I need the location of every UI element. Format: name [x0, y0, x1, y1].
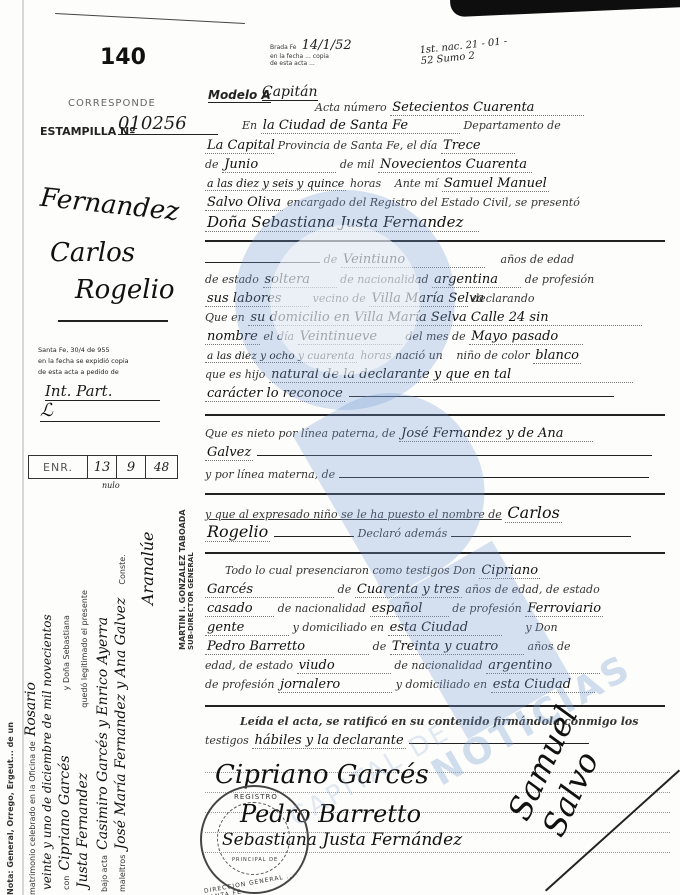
enr-note: nulo	[102, 481, 120, 490]
fecha-line: de Junio de mil Novecientos Cuarenta	[205, 157, 532, 173]
mes-nacimiento-value: Mayo pasado	[469, 329, 583, 345]
abuelos-paternos-line2: Galvez	[205, 445, 652, 460]
encargado-value: Salvo Oliva	[205, 195, 283, 211]
nombre-puesto-value2: Rogelio	[205, 522, 270, 542]
nacimiento-fecha-line: nombre el día Veintinueve del mes de May…	[205, 329, 583, 345]
testigo1-domicilio-line: gente y domiciliado en esta Ciudad y Don	[205, 620, 558, 636]
estado-value: soltera	[263, 272, 337, 288]
header-stamp-date: 14/1/52	[302, 38, 352, 53]
domicilio-value: su domicilio en Villa María Selva Calle …	[248, 310, 642, 326]
header-stamp: Brada Fe 14/1/52 en la fecha ... copia d…	[270, 34, 352, 67]
marriage-note-signature: Aranalúe	[138, 532, 157, 605]
testigo1-profesion2: gente	[205, 620, 289, 636]
testigo2-domicilio-line: de profesión jornalero y domiciliado en …	[205, 677, 595, 693]
departamento-value: La Capital	[205, 138, 274, 154]
anio-value: Novecientos Cuarenta	[378, 157, 532, 173]
nombre-puesto-value: Carlos	[505, 503, 561, 523]
blank-rule	[205, 493, 665, 495]
marriage-witnesses-2: José María Fernandez y Ana Galvez	[113, 598, 129, 850]
nombre-puesto-line: y que al expresado niño se le ha puesto …	[205, 503, 562, 522]
enr-month: 9	[117, 456, 146, 478]
acta-numero-line: Acta número Setecientos Cuarenta	[315, 100, 584, 116]
acta-numero-value: Setecientos Cuarenta	[390, 100, 584, 116]
mes-value: Junio	[222, 157, 336, 173]
vecino-line: sus labores vecino de Villa María Selva …	[205, 291, 535, 307]
testigo1-estado: casado	[205, 601, 274, 617]
abuelos-maternos-line: y por línea materna, de	[205, 467, 649, 481]
testigo1-domicilio: esta Ciudad	[388, 620, 502, 636]
margin-surname: Fernandez	[39, 183, 181, 227]
blank-rule	[205, 240, 665, 242]
folio-number: 140	[100, 45, 146, 70]
presento-line: Doña Sebastiana Justa Fernandez	[205, 213, 479, 232]
edad-value: Veintiuno	[341, 252, 485, 268]
margin-copy-note: Santa Fe, 30/4 de 955 en la fecha se exp…	[38, 345, 129, 378]
presento-value: Doña Sebastiana Justa Fernandez	[205, 213, 479, 232]
estado-line: de estado soltera de nacionalidad argent…	[205, 272, 594, 288]
vecino-value: Villa María Selva	[369, 291, 468, 307]
official-stamp: MARTIN I. GONZALEZ TABOADA SUB-DIRECTOR …	[178, 509, 195, 650]
provincia-line: La Capital Provincia de Santa Fe, el día…	[205, 138, 515, 154]
testigo1-name: Cipriano	[479, 563, 540, 579]
enr-year: 48	[146, 456, 177, 478]
nacionalidad-value: argentina	[432, 272, 521, 288]
scan-mark-line	[55, 13, 245, 24]
testigos-habiles-value: hábiles y la declarante	[252, 733, 405, 749]
corresponde-label: CORRESPONDE	[68, 98, 156, 109]
testigo2-estado: viudo	[297, 658, 391, 674]
margin-rule	[58, 320, 168, 322]
caracter-value: carácter lo reconoce	[205, 386, 345, 402]
testigo2-edad-line: Pedro Barretto de Treinta y cuatro años …	[205, 639, 571, 655]
abuelos-paternos-value: José Fernandez y de Ana	[399, 426, 593, 442]
lugar-line: En la Ciudad de Santa Fe Departamento de	[242, 118, 561, 134]
color-value: blanco	[533, 348, 581, 364]
blank-rule	[205, 414, 665, 416]
testigo1-edad-line: Garcés de Cuarenta y tres años de edad, …	[205, 582, 600, 598]
margin-first-name: Carlos	[50, 238, 135, 268]
hora-value: a las diez y seis y quince	[205, 177, 346, 191]
abuelos-paternos-line: Que es nieto por línea paterna, de José …	[205, 426, 593, 442]
marriage-witnesses-1: Casimiro Garcés y Enrico Ayerra	[95, 617, 111, 850]
registry-seal: REGISTRO PRINCIPAL DE DIRECCION GENERAL …	[200, 785, 309, 894]
estampilla-number: 010256	[118, 113, 218, 135]
testigo2-estado-line: edad, de estado viudo de nacionalidad ar…	[205, 658, 600, 674]
enr-day: 13	[88, 456, 117, 478]
testigo1-profesion: Ferroviario	[525, 601, 603, 617]
domicilio-line: Que en su domicilio en Villa María Selva…	[205, 310, 642, 326]
ante-mi-value: Samuel Manuel	[442, 176, 549, 192]
testigo1-estado-line: casado de nacionalidad español de profes…	[205, 601, 603, 617]
modelo-value: Capitán	[262, 84, 318, 101]
marriage-husband: Cipriano Garcés	[57, 755, 73, 870]
testigo1-edad: Cuarenta y tres	[355, 582, 462, 598]
blank-rule	[205, 552, 665, 554]
marriage-legitimation-note: Nota: General, Orrego, Ergeut... de un	[6, 722, 15, 895]
lugar-value: la Ciudad de Santa Fe	[261, 118, 460, 134]
declaro-line: Rogelio Declaró además	[205, 522, 631, 541]
hora-nacimiento-value: a las diez y ocho y cuarenta	[205, 350, 357, 363]
testigo2-name: Pedro Barretto	[205, 639, 369, 655]
margin-copy-value: Int. Part.	[45, 382, 160, 401]
dia-value: Trece	[441, 138, 515, 154]
scan-dark-corner	[449, 0, 680, 17]
hora-line: a las diez y seis y quince horas Ante mí…	[205, 176, 549, 191]
filiacion-value: natural de la declarante y que en tal	[269, 367, 633, 383]
margin-middle-name: Rogelio	[75, 275, 175, 305]
calle-value: nombre	[205, 329, 260, 345]
profesion-value: sus labores	[205, 291, 309, 307]
margin-signature: ℒ	[40, 400, 160, 422]
testigo1-nacionalidad: español	[370, 601, 449, 617]
testigo2-edad: Treinta y cuatro	[390, 639, 524, 655]
handwritten-header-note: 1st. nac. 21 - 01 - 52 Sumo 2	[419, 35, 521, 67]
dia-nacimiento-value: Veintinueve	[298, 329, 402, 345]
nacimiento-hora-line: a las diez y ocho y cuarenta horas nació…	[205, 348, 581, 363]
caracter-line: carácter lo reconoce	[205, 386, 614, 401]
enr-stamp: ENR. 13 9 48	[28, 455, 178, 479]
edad-line: de Veintiuno años de edad	[205, 252, 574, 268]
testigos-intro-line: Todo lo cual presenciaron como testigos …	[225, 563, 540, 578]
testigo1-surname: Garcés	[205, 582, 334, 598]
filiacion-line: que es hijo natural de la declarante y q…	[205, 367, 633, 383]
testigo2-profesion: jornalero	[278, 677, 392, 693]
abuelos-paternos-value2: Galvez	[205, 445, 253, 461]
encargado-line: Salvo Oliva encargado del Registro del E…	[205, 195, 580, 210]
marriage-wife: Justa Fernandez	[75, 773, 91, 888]
